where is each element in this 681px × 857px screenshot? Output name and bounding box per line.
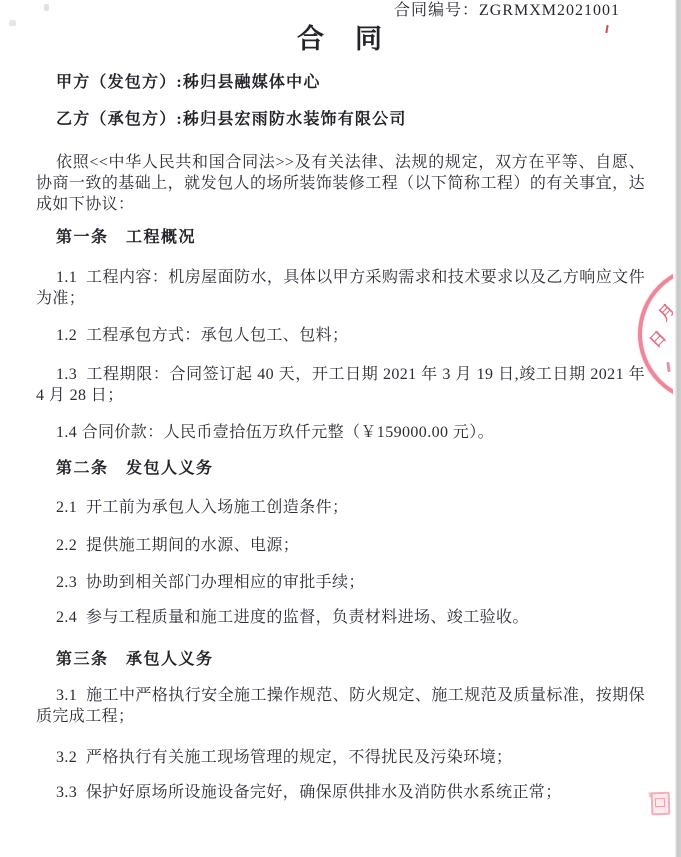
seal-inner-stroke bbox=[655, 798, 665, 807]
clause-3-3: 3.3 保护好原场所设施设备完好，确保原供排水及消防供水系统正常； bbox=[36, 782, 645, 803]
page-title: 合 同 bbox=[36, 22, 645, 56]
document-body: 合同编号：ZGRMXM2021001 合 同 甲方（发包方）:秭归县融媒体中心 … bbox=[0, 0, 681, 803]
scan-speck bbox=[9, 20, 16, 26]
clause-1-4: 1.4 合同价款：人民币壹拾伍万玖仟元整（￥159000.00 元）。 bbox=[36, 422, 645, 443]
section-3-heading: 第三条 承包人义务 bbox=[36, 649, 645, 670]
contract-page: 合同编号：ZGRMXM2021001 合 同 甲方（发包方）:秭归县融媒体中心 … bbox=[0, 0, 681, 857]
contract-number: 合同编号：ZGRMXM2021001 bbox=[36, 0, 645, 22]
scan-page-edge bbox=[673, 0, 681, 857]
clause-1-1: 1.1 工程内容：机房屋面防水，具体以甲方采购需求和技术要求以及乙方响应文件为准… bbox=[36, 267, 645, 309]
clause-1-3: 1.3 工程期限：合同签订起 40 天，开工日期 2021 年 3 月 19 日… bbox=[36, 364, 645, 406]
section-1-heading: 第一条 工程概况 bbox=[36, 227, 645, 248]
clause-2-2: 2.2 提供施工期间的水源、电源； bbox=[36, 535, 645, 556]
party-b-line: 乙方（承包方）:秭归县宏雨防水装饰有限公司 bbox=[36, 109, 645, 130]
party-a-line: 甲方（发包方）:秭归县融媒体中心 bbox=[36, 72, 645, 93]
clause-2-3: 2.3 协助到相关部门办理相应的审批手续； bbox=[36, 572, 645, 593]
preamble-paragraph: 依照<<中华人民共和国合同法>>及有关法律、法规的规定，双方在平等、自愿、协商一… bbox=[36, 152, 645, 215]
scan-speck bbox=[44, 4, 49, 11]
section-2-heading: 第二条 发包人义务 bbox=[36, 458, 645, 479]
clause-3-1: 3.1 施工中严格执行安全施工操作规范、防火规定、施工规范及质量标准，按期保质完… bbox=[36, 685, 645, 727]
seal-outer-stroke bbox=[649, 792, 652, 797]
clause-1-2: 1.2 工程承包方式：承包人包工、包料； bbox=[36, 325, 645, 346]
clause-2-1: 2.1 开工前为承包人入场施工创造条件； bbox=[36, 497, 645, 518]
clause-3-2: 3.2 严格执行有关施工现场管理的规定，不得扰民及污染环境； bbox=[36, 747, 645, 768]
clause-2-4: 2.4 参与工程质量和施工进度的监督，负责材料进场、竣工验收。 bbox=[36, 607, 645, 628]
small-red-seal-icon bbox=[651, 792, 671, 816]
